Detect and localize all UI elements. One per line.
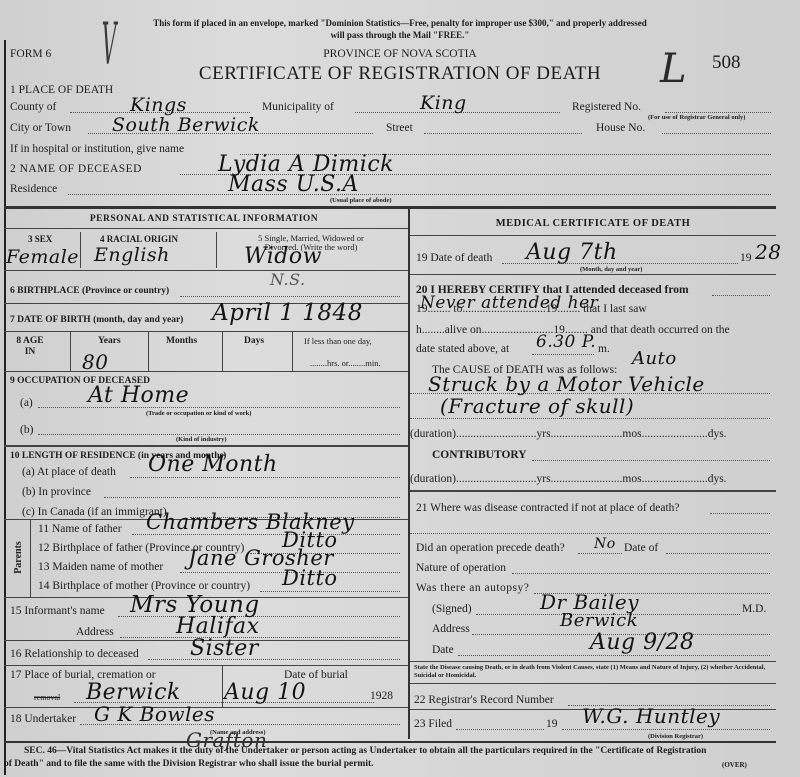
operation-value: No	[594, 536, 616, 552]
dob-value: April 1 1848	[212, 300, 363, 326]
filed-year-prefix: 19	[546, 718, 558, 730]
occupation-b-note: (Kind of industry)	[176, 436, 227, 443]
city-value: South Berwick	[112, 114, 260, 136]
residence-at-place-label: (a) At place of death	[22, 466, 116, 478]
age-hrs-min: ........hrs. or........min.	[310, 358, 381, 368]
operation-date-label: Date of	[624, 542, 658, 554]
registered-no-label: Registered No.	[572, 101, 641, 113]
occupation-a-label: (a)	[20, 397, 33, 409]
footer-sec-line2: of Death" and to file the same with the …	[4, 759, 374, 769]
certificate-number: 508	[712, 52, 741, 74]
date-of-death-value: Aug 7th	[526, 240, 618, 265]
death-certificate: This form if placed in an envelope, mark…	[0, 0, 800, 777]
occupation-b-label: (b)	[20, 424, 33, 436]
sign-date-value: Aug 9/28	[590, 630, 695, 655]
cause-of-death-line1: Struck by a Motor Vehicle	[428, 372, 705, 396]
birthplace-value: N.S.	[270, 270, 306, 289]
age-years-header: Years	[98, 336, 121, 346]
municipality-label: Municipality of	[262, 101, 334, 113]
cause-of-death-line2: (Fracture of skull)	[440, 394, 634, 418]
age-label: 8 AGE IN	[10, 336, 50, 358]
municipality-value: King	[420, 92, 467, 114]
parents-label: Parents	[13, 541, 24, 574]
sex-value: Female	[6, 246, 79, 268]
date-of-death-year-prefix: 19	[740, 252, 752, 264]
burial-date-value: Aug 10	[224, 680, 306, 705]
birthplace-label: 6 BIRTHPLACE (Province or country)	[10, 286, 169, 296]
sex-label: 3 SEX	[28, 234, 52, 244]
county-label: County of	[10, 101, 56, 113]
racial-origin-value: English	[94, 244, 170, 266]
city-label: City or Town	[10, 122, 71, 134]
signed-label: (Signed)	[432, 603, 472, 615]
county-value: Kings	[130, 94, 187, 116]
marital-status-value: Widow	[244, 244, 322, 269]
racial-origin-label: 4 RACIAL ORIGIN	[100, 234, 178, 244]
disease-contracted-label: 21 Where was disease contracted if not a…	[416, 502, 680, 514]
certify-time-suffix: m.	[598, 343, 610, 355]
mother-name-label: 13 Maiden name of mother	[38, 561, 163, 573]
division-registrar-note: (Division Registrar)	[648, 733, 703, 740]
age-months-header: Months	[166, 336, 197, 346]
date-of-death-note: (Month, day and year)	[580, 266, 642, 273]
cause-duration: (duration)............................yr…	[410, 428, 727, 440]
certify-line2: 19........ to...........................…	[416, 303, 647, 315]
certify-time-label: date stated above, at	[416, 343, 509, 355]
informant-address-label: Address	[76, 626, 114, 638]
mail-notice-line1: This form if placed in an envelope, mark…	[0, 18, 800, 28]
filed-label: 23 Filed	[414, 718, 452, 730]
occupation-a-value: At Home	[88, 383, 189, 408]
deceased-name-label: 2 NAME OF DECEASED	[10, 163, 142, 175]
contributory-duration: (duration)............................yr…	[410, 473, 727, 485]
physician-address-label: Address	[432, 623, 470, 635]
residence-province-label: (b) In province	[22, 486, 91, 498]
operation-label: Did an operation precede death?	[416, 542, 565, 554]
residence-canada-label: (c) In Canada (if an immigrant)	[22, 506, 167, 518]
registered-no-note: (For use of Registrar General only)	[648, 114, 745, 121]
burial-removal-label: removal	[34, 693, 60, 702]
cause-insert: Auto	[632, 348, 677, 369]
residence-label: Residence	[10, 183, 57, 195]
residence-note: (Usual place of abode)	[330, 197, 392, 204]
physician-address-value: Berwick	[560, 610, 638, 631]
relationship-value: Sister	[190, 636, 259, 661]
undertaker-label: 18 Undertaker	[10, 713, 76, 725]
check-mark: V	[102, 10, 117, 78]
place-of-death-label: 1 PLACE OF DEATH	[10, 84, 113, 96]
sign-date-label: Date	[432, 644, 454, 656]
undertaker-value: G K Bowles	[94, 702, 215, 726]
mail-notice-line2: will pass through the Mail "FREE."	[0, 30, 800, 40]
age-less-than-day-header: If less than one day,	[304, 336, 372, 346]
street-label: Street	[386, 122, 413, 134]
footer-sec-line1: SEC. 46—Vital Statistics Act makes it th…	[24, 746, 706, 756]
date-of-death-year: 28	[755, 240, 781, 264]
age-days-header: Days	[244, 336, 264, 346]
operation-nature-label: Nature of operation	[416, 562, 506, 574]
mother-birthplace-label: 14 Birthplace of mother (Province or cou…	[38, 580, 250, 592]
tick-mark: L	[660, 46, 687, 92]
record-number-label: 22 Registrar's Record Number	[414, 694, 554, 706]
residence-at-place-value: One Month	[148, 452, 278, 477]
cause-instruction: State the Disease causing Death, or in d…	[414, 664, 770, 680]
burial-year: 1928	[370, 690, 393, 702]
relationship-label: 16 Relationship to deceased	[10, 648, 139, 660]
occupation-a-note: (Trade or occupation or kind of work)	[146, 410, 251, 417]
hospital-label: If in hospital or institution, give name	[10, 143, 184, 155]
medical-heading: MEDICAL CERTIFICATE OF DEATH	[410, 218, 776, 229]
contributory-label: CONTRIBUTORY	[432, 449, 527, 461]
informant-label: 15 Informant's name	[10, 605, 105, 617]
mother-birthplace-value: Ditto	[282, 566, 338, 590]
personal-heading: PERSONAL AND STATISTICAL INFORMATION	[0, 214, 408, 224]
dob-label: 7 DATE OF BIRTH (month, day and year)	[10, 315, 183, 325]
date-of-death-label: 19 Date of death	[416, 252, 492, 264]
residence-value: Mass U.S.A	[228, 172, 359, 197]
md-label: M.D.	[742, 603, 766, 615]
father-name-label: 11 Name of father	[38, 523, 122, 535]
filed-signature: W.G. Huntley	[582, 704, 720, 728]
house-no-label: House No.	[596, 122, 645, 134]
autopsy-label: Was there an autopsy?	[416, 582, 529, 594]
footer-over: (OVER)	[722, 761, 747, 769]
certify-time-value: 6.30 P.	[536, 332, 596, 352]
